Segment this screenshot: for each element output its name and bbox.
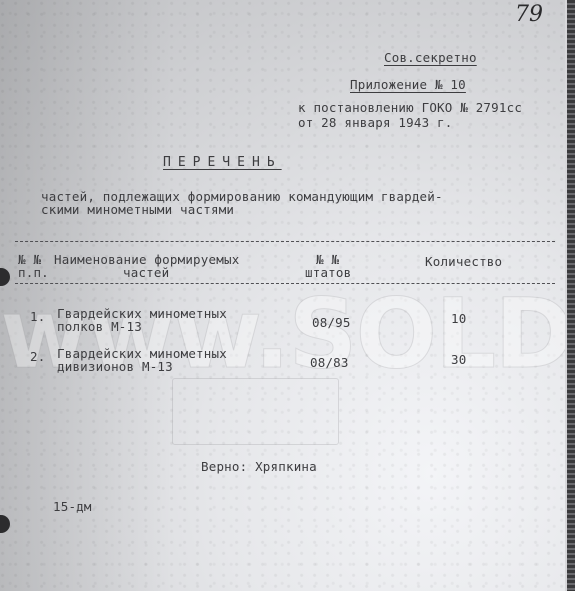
- row-quantity: 10: [451, 311, 466, 326]
- punch-hole-bottom: [0, 515, 10, 533]
- typist-mark: 15-дм: [53, 499, 92, 514]
- faded-stamp: [172, 378, 339, 445]
- certification-signature: Верно: Хряпкина: [201, 459, 317, 474]
- table-header-rule: [15, 283, 555, 284]
- reference-line-1: к постановлению ГОКО № 2791сс: [298, 100, 522, 115]
- row-quantity: 30: [451, 352, 466, 367]
- row-staff: 08/95: [312, 315, 351, 330]
- folio-number: 79: [515, 2, 543, 27]
- header-staff-2: штатов: [305, 265, 351, 280]
- row-number: 1.: [30, 309, 45, 324]
- document-title: ПЕРЕЧЕНЬ: [163, 155, 282, 170]
- row-name-2: дивизионов М-13: [57, 359, 173, 374]
- binding-strip: [565, 0, 575, 591]
- table-top-rule: [15, 241, 555, 242]
- header-quantity: Количество: [425, 254, 502, 269]
- classification-mark: Сов.секретно: [384, 50, 477, 65]
- reference-line-2: от 28 января 1943 г.: [298, 115, 453, 130]
- appendix-label: Приложение № 10: [350, 77, 466, 92]
- row-number: 2.: [30, 349, 45, 364]
- row-name-2: полков М-13: [57, 319, 142, 334]
- header-name-2: частей: [123, 265, 169, 280]
- document-page: www.SOLDAT.ru 79 Сов.секретно Приложение…: [0, 0, 575, 591]
- subtitle-line-2: скими минометными частями: [41, 202, 234, 217]
- row-staff: 08/83: [310, 355, 349, 370]
- header-number-2: п.п.: [18, 265, 49, 280]
